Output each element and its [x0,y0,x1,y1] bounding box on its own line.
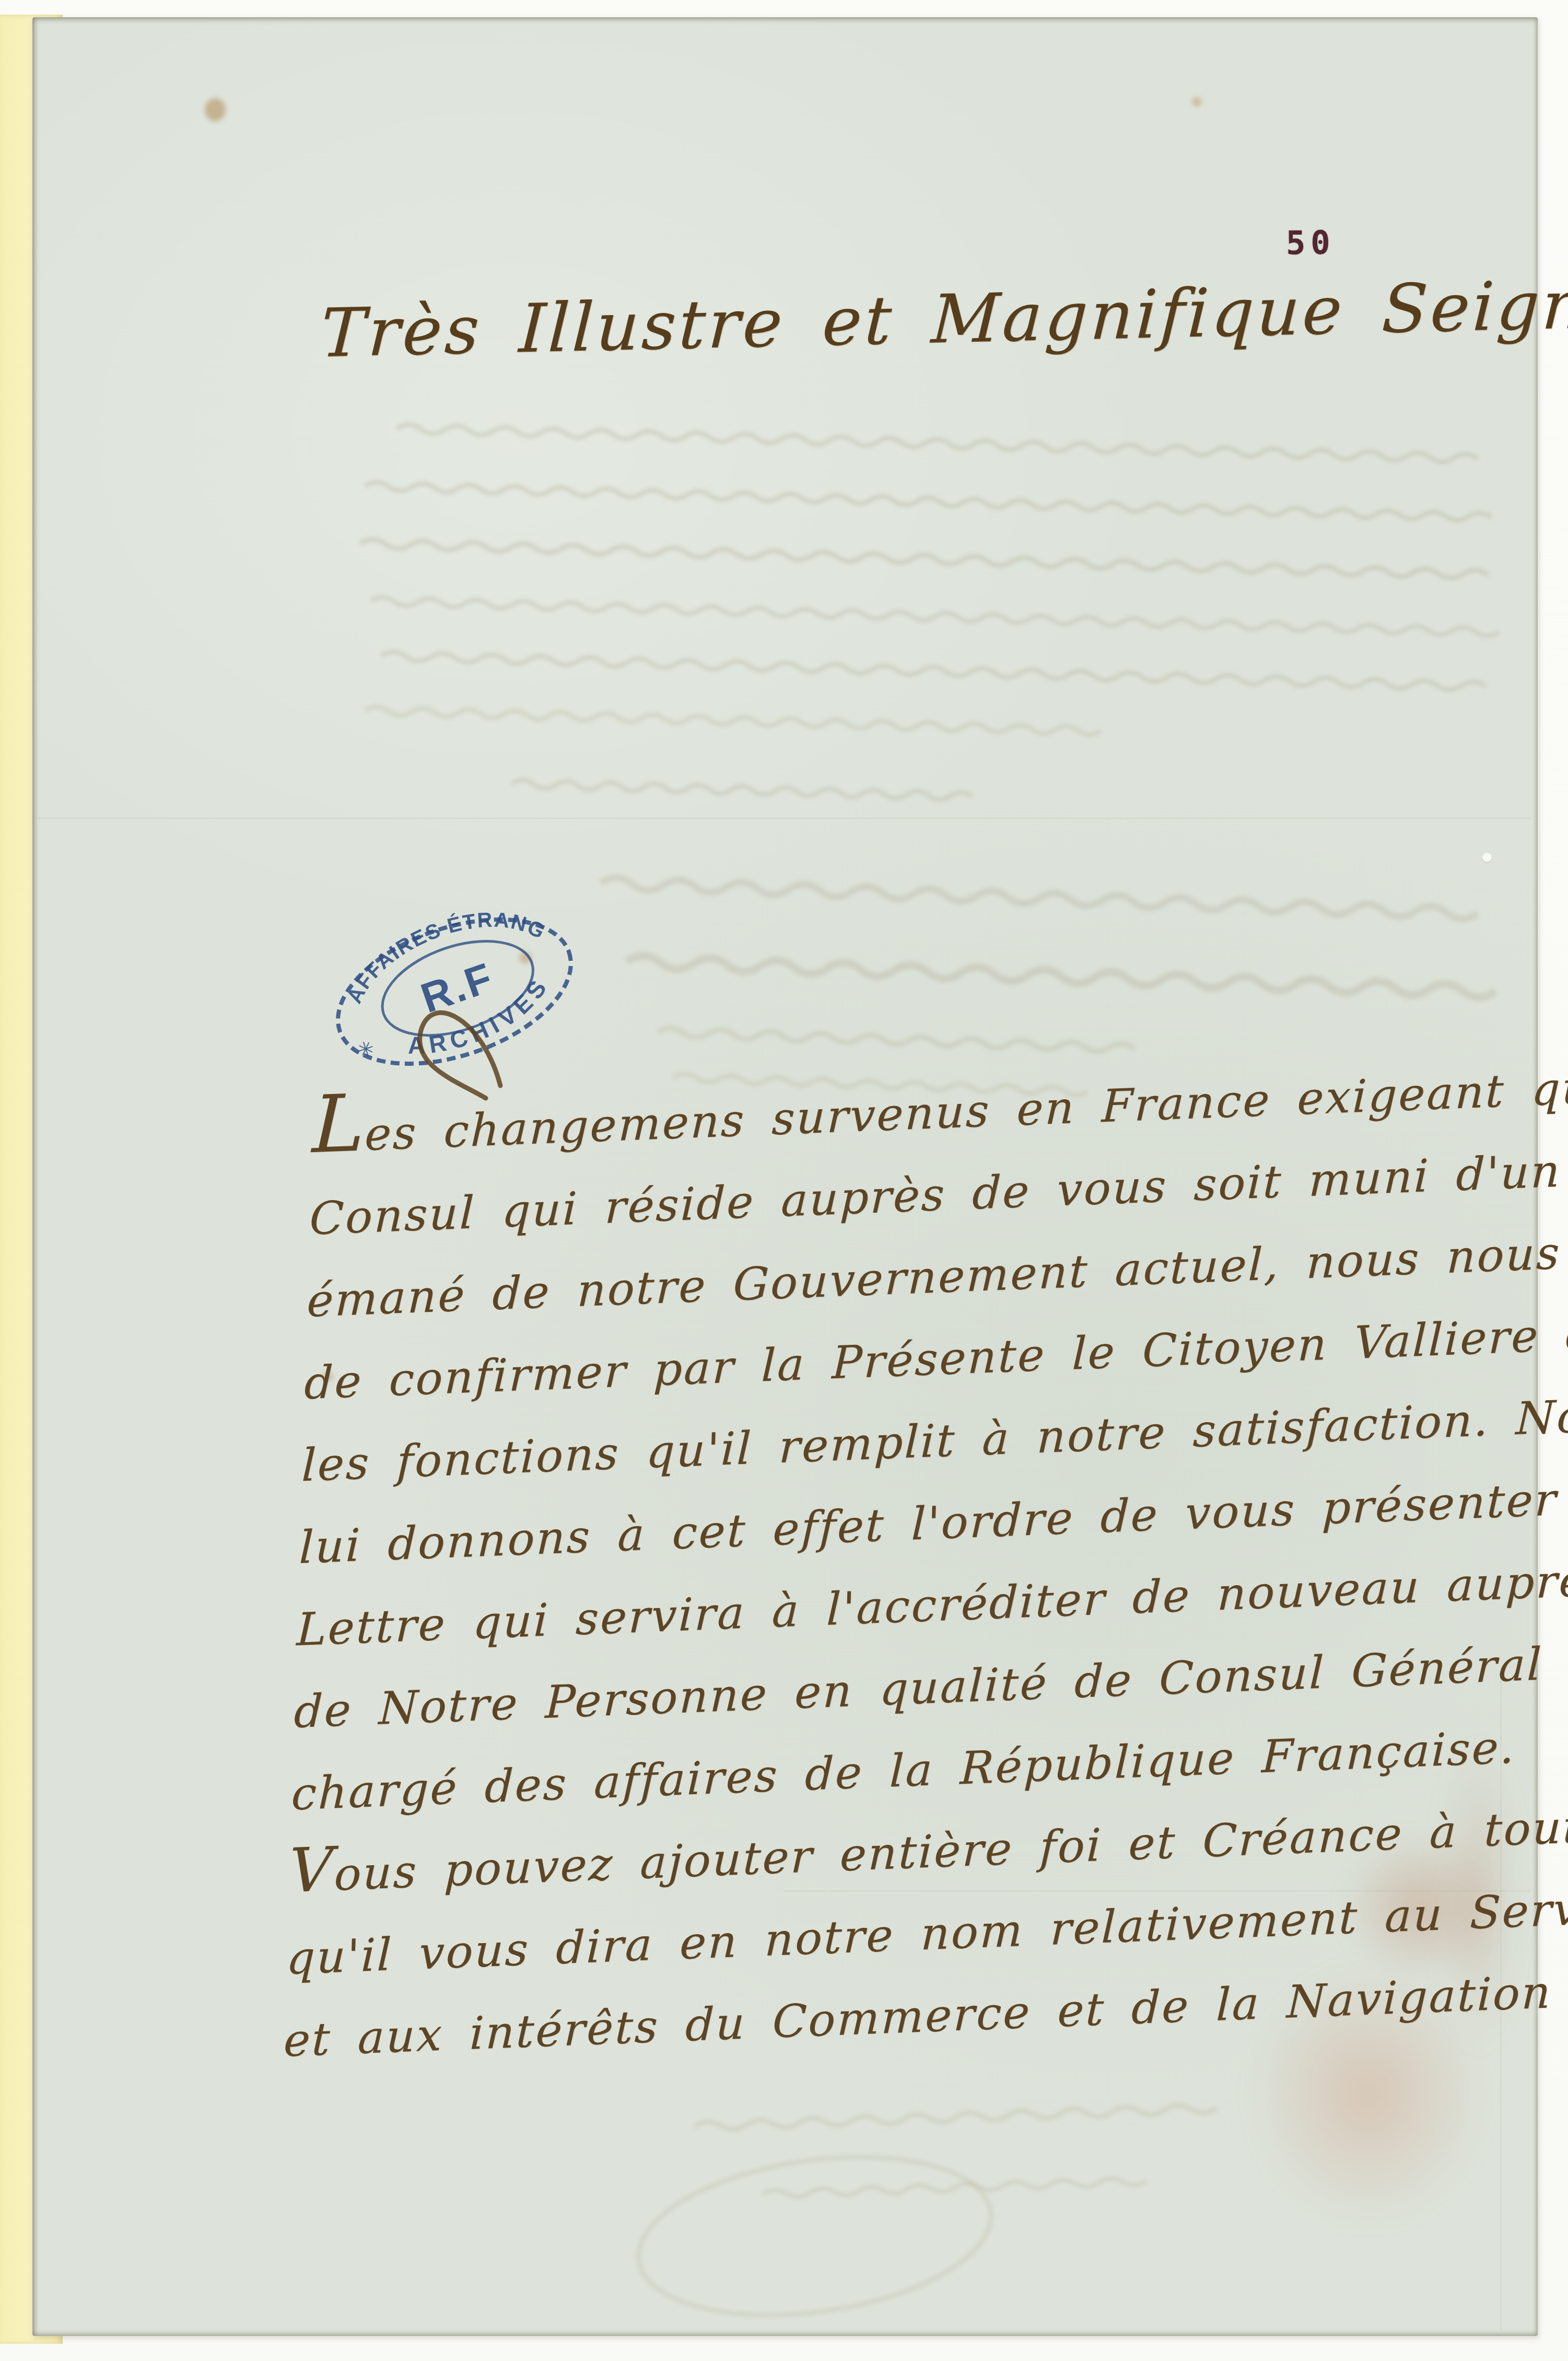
foxing-spot [205,98,226,121]
folio-number: 50 [1286,224,1336,262]
pinhole [1482,853,1492,862]
foxing-spot [1192,97,1201,107]
stamp-star-icon: ✳ [354,1036,377,1063]
letter-body: Les changemens survenus en France exigea… [283,1049,1535,2082]
stamp-center-text: R.F [415,953,500,1021]
scanned-letter: AFFAIRES ÉTRANGÈRES ARCHIVES R.F ✳ 50 Tr… [0,0,1568,2361]
fold-crease [37,818,1530,819]
archive-stamp: AFFAIRES ÉTRANGÈRES ARCHIVES R.F ✳ [303,888,606,1097]
